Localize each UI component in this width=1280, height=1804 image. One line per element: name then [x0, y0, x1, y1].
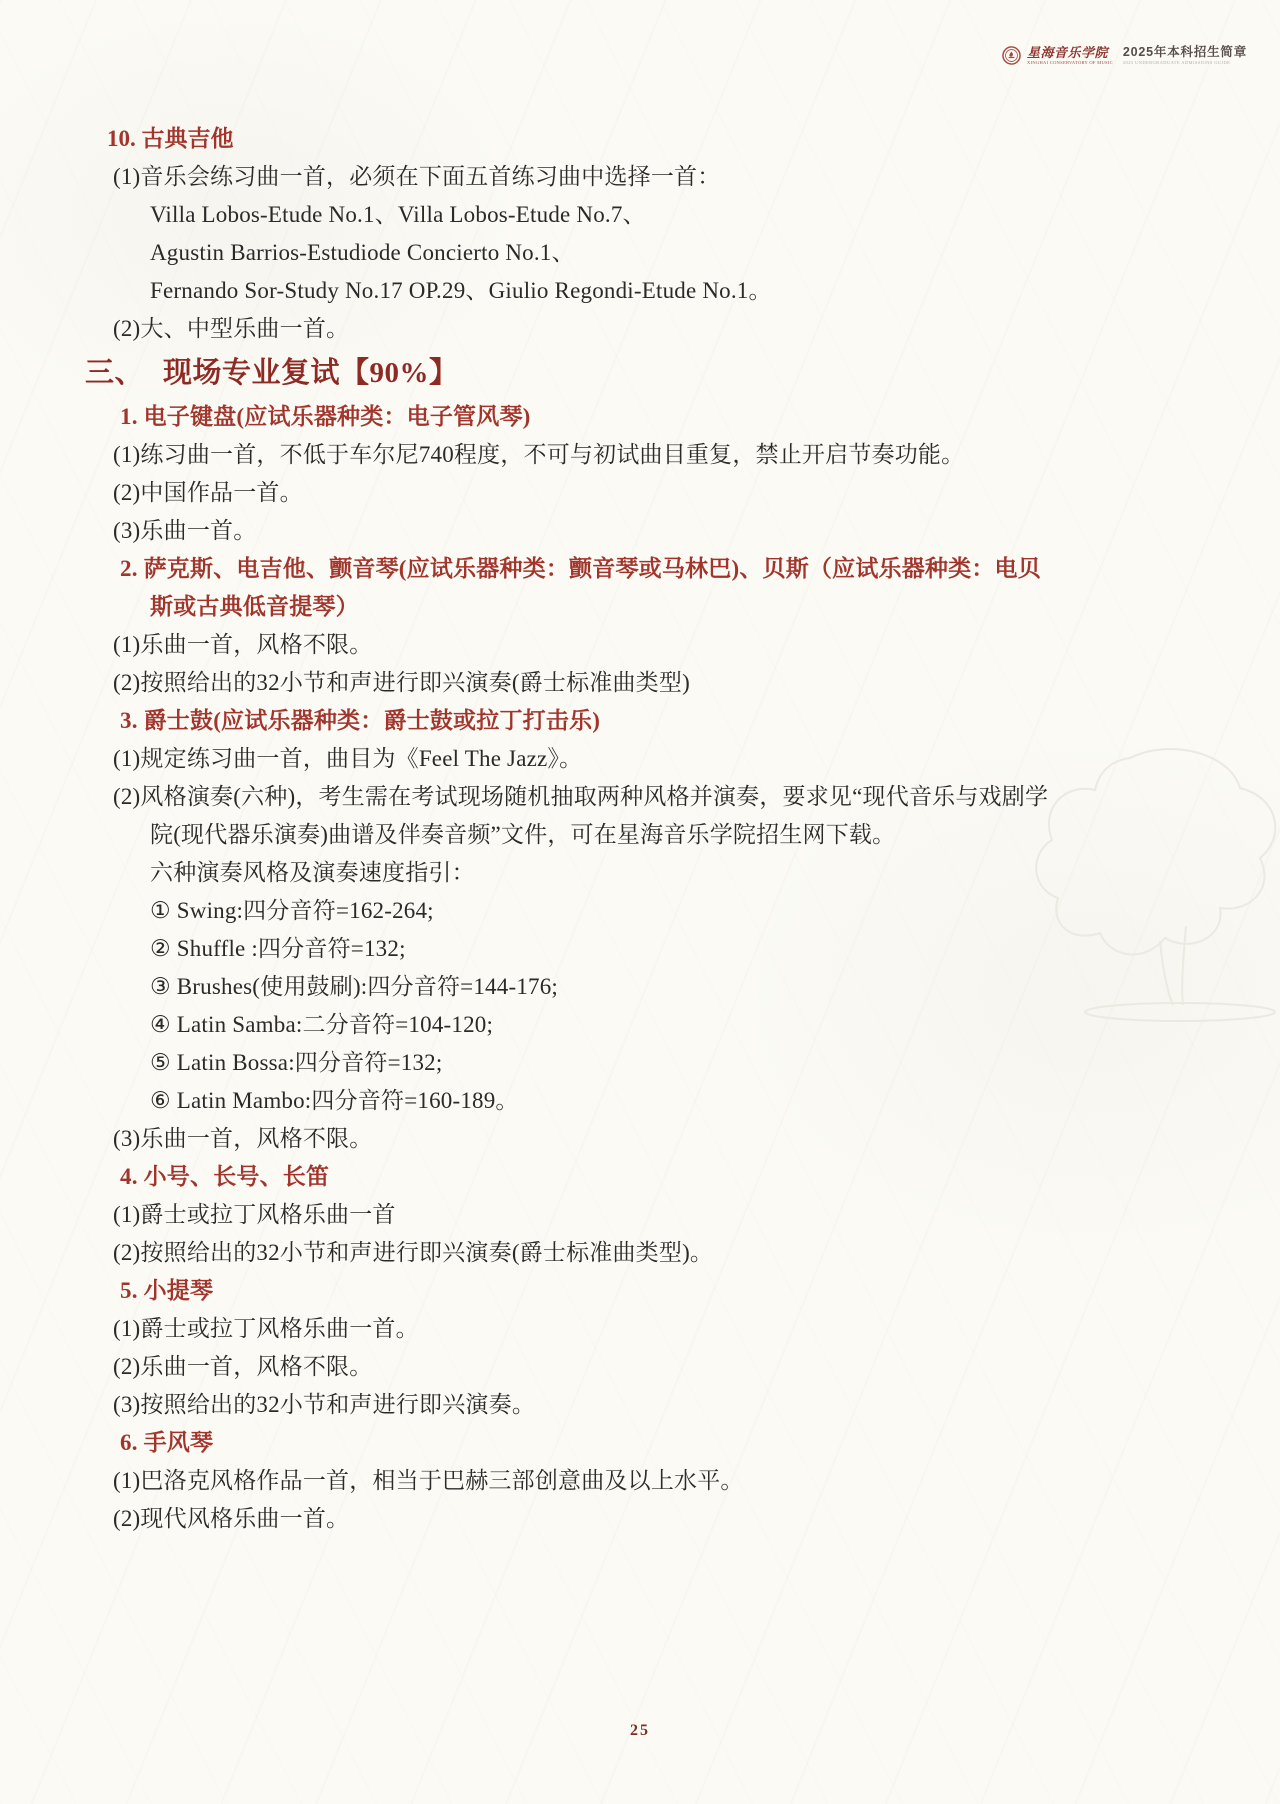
brochure-title-block: 2025年本科招生简章 2025 UNDERGRADUATE ADMISSION… — [1123, 46, 1247, 65]
etude-line: Villa Lobos-Etude No.1、Villa Lobos-Etude… — [0, 196, 1280, 234]
etude-line: Agustin Barrios-Estudiode Concierto No.1… — [0, 234, 1280, 272]
body-line: (2)按照给出的32小节和声进行即兴演奏(爵士标准曲类型)。 — [0, 1234, 1280, 1272]
body-line: (3)按照给出的32小节和声进行即兴演奏。 — [0, 1386, 1280, 1424]
page-header: 星海音乐学院 XINGHAI CONSERVATORY OF MUSIC 202… — [1002, 46, 1247, 66]
etude-line: Fernando Sor-Study No.17 OP.29、Giulio Re… — [0, 272, 1280, 310]
body-line: (1)乐曲一首，风格不限。 — [0, 626, 1280, 664]
page-number: 25 — [0, 1722, 1280, 1740]
style-guide-title: 六种演奏风格及演奏速度指引： — [0, 854, 1280, 892]
school-logotype: 星海音乐学院 XINGHAI CONSERVATORY OF MUSIC — [1027, 46, 1113, 66]
body-line: (2)乐曲一首，风格不限。 — [0, 1348, 1280, 1386]
subsection-heading-jazz-drums: 3. 爵士鼓(应试乐器种类：爵士鼓或拉丁打击乐) — [0, 702, 1280, 740]
body-line: (1)巴洛克风格作品一首，相当于巴赫三部创意曲及以上水平。 — [0, 1462, 1280, 1500]
body-line: (2)按照给出的32小节和声进行即兴演奏(爵士标准曲类型) — [0, 664, 1280, 702]
body-line: (2)中国作品一首。 — [0, 474, 1280, 512]
item-heading-classical-guitar: 10. 古典吉他 — [0, 120, 1280, 158]
brochure-title: 2025年本科招生简章 — [1123, 46, 1247, 59]
body-line: (1)音乐会练习曲一首，必须在下面五首练习曲中选择一首： — [0, 158, 1280, 196]
document-body: 10. 古典吉他 (1)音乐会练习曲一首，必须在下面五首练习曲中选择一首： Vi… — [0, 120, 1280, 1538]
body-line: (1)规定练习曲一首，曲目为《Feel The Jazz》。 — [0, 740, 1280, 778]
body-line: (2)大、中型乐曲一首。 — [0, 310, 1280, 348]
style-line: ⑤ Latin Bossa:四分音符=132; — [0, 1044, 1280, 1082]
school-name-zh: 星海音乐学院 — [1027, 46, 1113, 59]
section-heading-onsite-retest: 三、 现场专业复试【90%】 — [0, 348, 1280, 398]
body-line: (2)现代风格乐曲一首。 — [0, 1500, 1280, 1538]
subsection-heading-sax-guitar-vibes-bass: 2. 萨克斯、电吉他、颤音琴(应试乐器种类：颤音琴或马林巴)、贝斯（应试乐器种类… — [0, 550, 1280, 588]
style-line: ⑥ Latin Mambo:四分音符=160-189。 — [0, 1082, 1280, 1120]
style-line: ② Shuffle :四分音符=132; — [0, 930, 1280, 968]
body-line: (1)爵士或拉丁风格乐曲一首。 — [0, 1310, 1280, 1348]
body-line-wrap: 院(现代器乐演奏)曲谱及伴奏音频”文件，可在星海音乐学院招生网下载。 — [0, 816, 1280, 854]
body-line: (1)爵士或拉丁风格乐曲一首 — [0, 1196, 1280, 1234]
subsection-heading-accordion: 6. 手风琴 — [0, 1424, 1280, 1462]
subsection-heading-trumpet-trombone-flute: 4. 小号、长号、长笛 — [0, 1158, 1280, 1196]
body-line: (3)乐曲一首，风格不限。 — [0, 1120, 1280, 1158]
subsection-heading-wrap: 斯或古典低音提琴） — [0, 588, 1280, 626]
section-title: 现场专业复试【90%】 — [163, 348, 459, 398]
style-line: ③ Brushes(使用鼓刷):四分音符=144-176; — [0, 968, 1280, 1006]
style-line: ④ Latin Samba:二分音符=104-120; — [0, 1006, 1280, 1044]
brochure-subtitle: 2025 UNDERGRADUATE ADMISSIONS GUIDE — [1123, 61, 1247, 66]
section-number: 三、 — [85, 348, 144, 398]
body-line: (2)风格演奏(六种)，考生需在考试现场随机抽取两种风格并演奏，要求见“现代音乐… — [0, 778, 1280, 816]
subsection-heading-electronic-keyboard: 1. 电子键盘(应试乐器种类：电子管风琴) — [0, 398, 1280, 436]
school-seal-icon — [1002, 46, 1021, 65]
style-line: ① Swing:四分音符=162-264; — [0, 892, 1280, 930]
brochure-page: 星海音乐学院 XINGHAI CONSERVATORY OF MUSIC 202… — [0, 0, 1280, 1804]
body-line: (1)练习曲一首，不低于车尔尼740程度，不可与初试曲目重复，禁止开启节奏功能。 — [0, 436, 1280, 474]
body-line: (3)乐曲一首。 — [0, 512, 1280, 550]
school-name-en: XINGHAI CONSERVATORY OF MUSIC — [1027, 61, 1113, 66]
subsection-heading-violin: 5. 小提琴 — [0, 1272, 1280, 1310]
